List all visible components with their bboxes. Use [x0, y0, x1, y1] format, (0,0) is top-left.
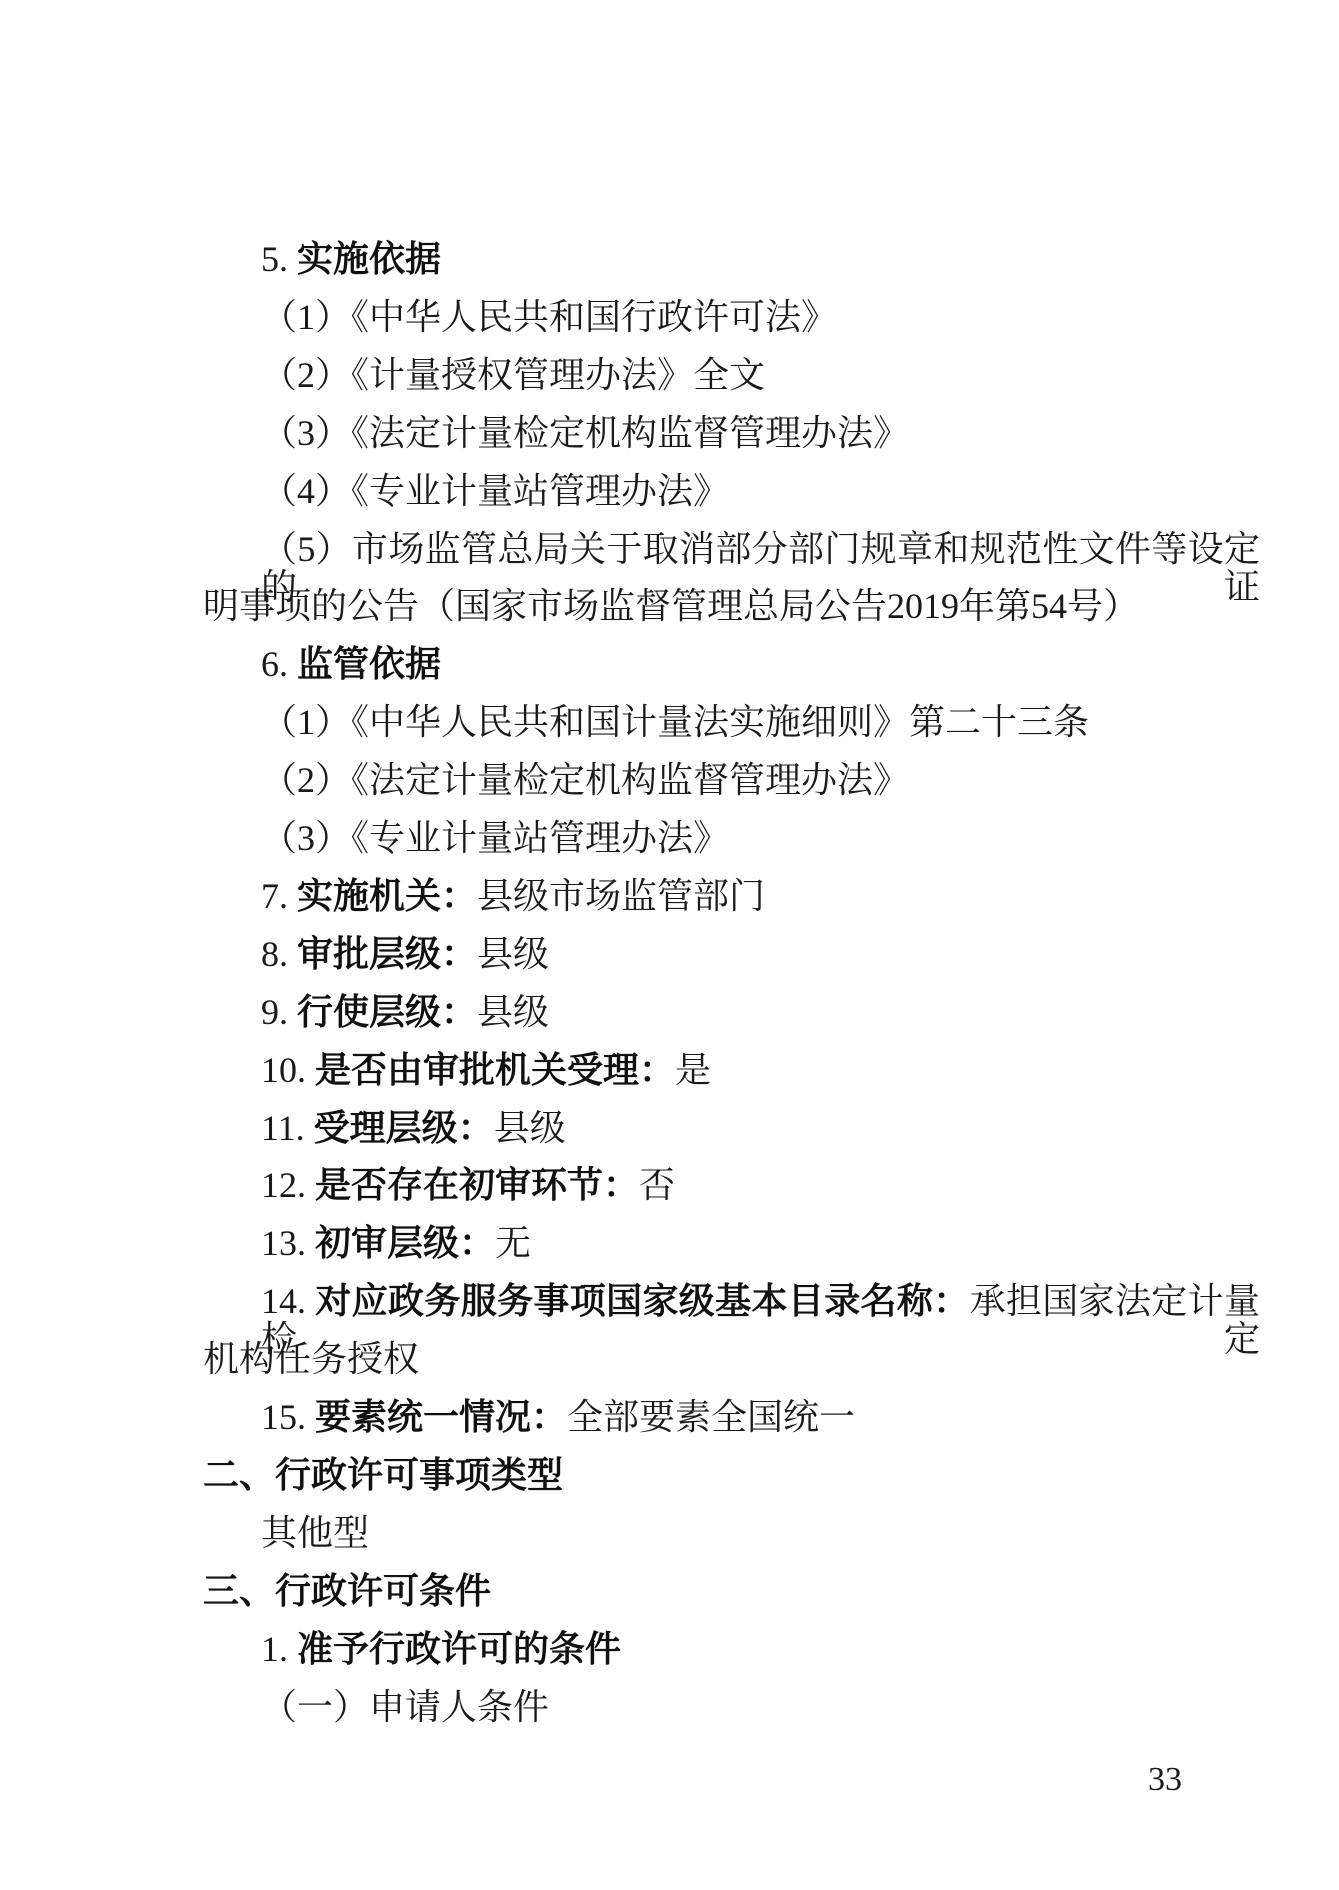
- text-line: 6. 监管依据: [203, 645, 1260, 683]
- text-line: 9. 行使层级：县级: [203, 993, 1260, 1031]
- text-run: （2）《法定计量检定机构监督管理办法》: [261, 760, 909, 800]
- text-line: 三、行政许可条件: [203, 1572, 1260, 1610]
- text-line: （3）《法定计量检定机构监督管理办法》: [203, 414, 1260, 452]
- text-run: 机构任务授权: [203, 1339, 419, 1379]
- text-run: 5.: [261, 239, 297, 279]
- text-run: 6.: [261, 644, 297, 684]
- text-line: 15. 要素统一情况：全部要素全国统一: [203, 1398, 1260, 1436]
- text-run: 10.: [261, 1050, 315, 1090]
- text-run: 12.: [261, 1165, 315, 1205]
- text-run: 县级: [477, 992, 549, 1032]
- heading-run: 审批层级：: [297, 933, 477, 974]
- text-line: 二、行政许可事项类型: [203, 1456, 1260, 1494]
- text-run: 全部要素全国统一: [567, 1397, 855, 1437]
- document-page: 5. 实施依据（1）《中华人民共和国行政许可法》（2）《计量授权管理办法》全文（…: [0, 0, 1339, 1890]
- text-run: 8.: [261, 934, 297, 974]
- text-run: （1）《中华人民共和国行政许可法》: [261, 297, 837, 337]
- text-run: 无: [495, 1223, 531, 1263]
- text-line: 8. 审批层级：县级: [203, 935, 1260, 973]
- text-line: （4）《专业计量站管理办法》: [203, 472, 1260, 510]
- text-line: 5. 实施依据: [203, 240, 1260, 278]
- heading-run: 行使层级：: [297, 991, 477, 1032]
- heading-run: 是否由审批机关受理：: [315, 1049, 675, 1090]
- heading-run: 要素统一情况：: [315, 1396, 567, 1437]
- text-run: 11.: [261, 1108, 314, 1148]
- text-run: 否: [639, 1165, 675, 1205]
- text-run: 15.: [261, 1397, 315, 1437]
- text-run: （4）《专业计量站管理办法》: [261, 471, 729, 511]
- text-run: 县级市场监管部门: [477, 876, 765, 916]
- heading-run: 三、行政许可条件: [203, 1570, 491, 1611]
- text-line: 10. 是否由审批机关受理：是: [203, 1051, 1260, 1089]
- text-run: （2）《计量授权管理办法》全文: [261, 355, 765, 395]
- text-run: 7.: [261, 876, 297, 916]
- text-line: 机构任务授权: [203, 1340, 1260, 1378]
- heading-run: 是否存在初审环节：: [315, 1164, 639, 1205]
- text-line: 1. 准予行政许可的条件: [203, 1630, 1260, 1668]
- text-run: 其他型: [261, 1513, 369, 1553]
- text-run: 14.: [261, 1281, 315, 1321]
- text-run: 1.: [261, 1629, 297, 1669]
- text-line: （1）《中华人民共和国计量法实施细则》第二十三条: [203, 703, 1260, 741]
- text-run: （一）申请人条件: [261, 1687, 549, 1727]
- text-run: 明事项的公告（国家市场监督管理总局公告2019年第54号）: [203, 586, 1139, 626]
- text-run: （3）《法定计量检定机构监督管理办法》: [261, 413, 909, 453]
- heading-run: 准予行政许可的条件: [297, 1628, 621, 1669]
- text-run: 9.: [261, 992, 297, 1032]
- text-run: （1）《中华人民共和国计量法实施细则》第二十三条: [261, 702, 1089, 742]
- text-line: 其他型: [203, 1514, 1260, 1552]
- text-line: （一）申请人条件: [203, 1688, 1260, 1726]
- text-line: 明事项的公告（国家市场监督管理总局公告2019年第54号）: [203, 587, 1260, 625]
- page-number: 33: [1148, 1762, 1182, 1798]
- text-run: 是: [675, 1050, 711, 1090]
- document-body: 5. 实施依据（1）《中华人民共和国行政许可法》（2）《计量授权管理办法》全文（…: [0, 0, 1339, 1890]
- text-line: 13. 初审层级：无: [203, 1224, 1260, 1262]
- text-line: （3）《专业计量站管理办法》: [203, 819, 1260, 857]
- heading-run: 二、行政许可事项类型: [203, 1454, 563, 1495]
- heading-run: 实施机关：: [297, 875, 477, 916]
- text-line: 7. 实施机关：县级市场监管部门: [203, 877, 1260, 915]
- text-line: （2）《法定计量检定机构监督管理办法》: [203, 761, 1260, 799]
- text-line: （2）《计量授权管理办法》全文: [203, 356, 1260, 394]
- text-run: 县级: [477, 934, 549, 974]
- text-run: 县级: [494, 1108, 566, 1148]
- heading-run: 实施依据: [297, 238, 441, 279]
- text-line: （1）《中华人民共和国行政许可法》: [203, 298, 1260, 336]
- heading-run: 受理层级：: [314, 1107, 494, 1148]
- heading-run: 监管依据: [297, 643, 441, 684]
- text-line: 12. 是否存在初审环节：否: [203, 1166, 1260, 1204]
- text-run: 13.: [261, 1223, 315, 1263]
- heading-run: 对应政务服务事项国家级基本目录名称：: [315, 1280, 969, 1321]
- heading-run: 初审层级：: [315, 1222, 495, 1263]
- text-run: （3）《专业计量站管理办法》: [261, 818, 729, 858]
- text-line: 11. 受理层级：县级: [203, 1109, 1260, 1147]
